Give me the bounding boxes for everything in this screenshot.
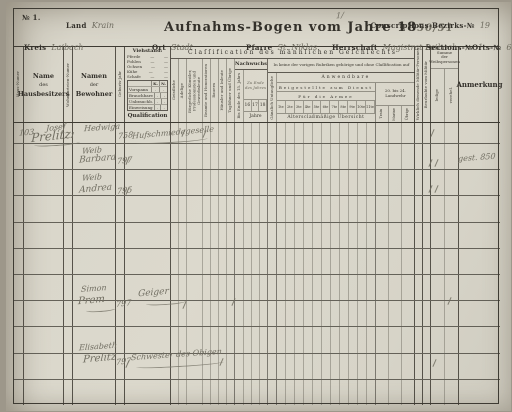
body-cell [227, 196, 235, 221]
body-cell [349, 223, 358, 248]
body-cell [295, 170, 304, 195]
armee-columns: 1te2te3te4te5te6te7te8te9te10te11te [277, 101, 375, 114]
body-cell [211, 144, 219, 169]
body-cell [187, 144, 203, 169]
landwehr-subcolumns: TrainMarineÜbrige [376, 106, 415, 122]
orts-value: 69 [506, 43, 512, 52]
body-cell [244, 223, 252, 248]
armee-col: 10te [357, 101, 366, 113]
body-cell [14, 196, 24, 221]
body-cell [376, 275, 389, 300]
body-cell [431, 144, 445, 169]
body-cell [268, 123, 277, 143]
body-cell [252, 380, 260, 405]
body-cell [116, 196, 125, 221]
body-cell [14, 327, 24, 352]
body-cell [187, 223, 203, 248]
body-cell [203, 249, 211, 274]
body-cell [171, 223, 179, 248]
body-cell [349, 301, 358, 326]
body-cell [431, 123, 445, 143]
body-cell [415, 144, 423, 169]
body-cell [187, 275, 203, 300]
body-cell [171, 196, 179, 221]
body-cell [125, 196, 171, 221]
body-cell [171, 301, 179, 326]
bezirk-value: 19 [480, 21, 490, 30]
body-cell [211, 301, 219, 326]
body-cell [304, 354, 313, 379]
body-cell [423, 249, 431, 274]
body-cell [402, 380, 415, 405]
body-cell [235, 170, 244, 195]
body-cell [260, 354, 268, 379]
geburtsjahr-label: Geburts-Jahr [118, 71, 122, 97]
body-cell [459, 275, 500, 300]
body-cell [268, 327, 277, 352]
classification-left-columns: GeistlicheAdeligeBürgerliche Künstler, P… [171, 59, 235, 122]
body-cell [203, 123, 211, 143]
body-cell [260, 301, 268, 326]
armee-col: 7te [330, 101, 339, 113]
body-cell [260, 327, 268, 352]
body-cell [125, 275, 171, 300]
body-cell [244, 327, 252, 352]
body-cell [268, 223, 277, 248]
body-cell [277, 170, 286, 195]
body-cell [286, 196, 295, 221]
body-cell [227, 354, 235, 379]
body-cell [295, 144, 304, 169]
body-cell [415, 354, 423, 379]
table-row [14, 380, 500, 405]
body-cell [203, 301, 211, 326]
body-cell [402, 327, 415, 352]
body-cell [313, 196, 322, 221]
summe-sub-verehel: verehel. [445, 69, 458, 122]
body-cell [14, 301, 24, 326]
body-cell [203, 354, 211, 379]
body-cell [260, 380, 268, 405]
body-cell [459, 301, 500, 326]
body-cell [423, 301, 431, 326]
body-cell [295, 123, 304, 143]
body-cell [415, 196, 423, 221]
body-cell [64, 144, 73, 169]
body-cell [179, 275, 187, 300]
owner-label-2: des [39, 82, 48, 88]
body-cell [286, 327, 295, 352]
body-cell [277, 327, 286, 352]
land-value: Krain [92, 21, 114, 30]
body-cell [286, 301, 295, 326]
body-cell [64, 275, 73, 300]
body-cell [244, 380, 252, 405]
body-cell [304, 170, 313, 195]
body-cell [389, 249, 402, 274]
body-cell [64, 223, 73, 248]
body-cell [431, 249, 445, 274]
body-cell [295, 327, 304, 352]
bewohner-label-2: der [90, 82, 99, 88]
body-cell [367, 275, 376, 300]
bewohner-label-3: Bewohner [76, 90, 113, 98]
body-cell [389, 196, 402, 221]
landwehr-subcol: Übrige [402, 106, 415, 122]
body-cell [389, 380, 402, 405]
body-cell [252, 354, 260, 379]
body-cell [244, 249, 252, 274]
body-cell [171, 275, 179, 300]
armee-col: 9te [348, 101, 357, 113]
body-cell [14, 249, 24, 274]
class-col-1: Geistliche [171, 59, 179, 122]
body-cell [277, 223, 286, 248]
body-cell [277, 354, 286, 379]
form-number: № 1. [22, 13, 41, 22]
table-row [14, 354, 500, 380]
body-cell [304, 380, 313, 405]
body-cell [171, 144, 179, 169]
body-cell [203, 144, 211, 169]
col-bewohner: Namen der Bewohner [73, 47, 116, 122]
class-col-label: Häusler und Inleute [220, 70, 224, 111]
body-cell [219, 301, 227, 326]
body-cell [203, 275, 211, 300]
body-cell [125, 170, 171, 195]
body-cell [227, 301, 235, 326]
subbox-row: Einweisung.. [128, 105, 167, 110]
class-col-label: Bauern [212, 83, 216, 98]
armee-col: 8te [339, 101, 348, 113]
body-cell [376, 327, 389, 352]
body-cell [227, 380, 235, 405]
body-cell [116, 170, 125, 195]
body-cell [268, 275, 277, 300]
viehstand-rows: Pferde——Fohlen——Ochsen——Kühe——Schafe—— [127, 54, 168, 79]
body-cell [340, 249, 349, 274]
body-cell [459, 144, 500, 169]
body-cell [235, 354, 244, 379]
body-cell [340, 301, 349, 326]
body-cell [331, 196, 340, 221]
body-cell [277, 275, 286, 300]
body-cell [252, 123, 260, 143]
body-cell [340, 123, 349, 143]
body-cell [389, 354, 402, 379]
body-cell [402, 144, 415, 169]
body-cell [459, 380, 500, 405]
body-cell [331, 380, 340, 405]
body-cell [389, 301, 402, 326]
table-row [14, 301, 500, 327]
untaugliche-col: Gänzlich Untaugliche [268, 73, 277, 122]
body-cell [402, 223, 415, 248]
body-cell [415, 327, 423, 352]
body-cell [179, 144, 187, 169]
body-cell [340, 223, 349, 248]
body-cell [415, 249, 423, 274]
body-cell [179, 196, 187, 221]
body-cell [179, 354, 187, 379]
body-cell [260, 249, 268, 274]
body-cell [313, 327, 322, 352]
body-cell [14, 275, 24, 300]
class-col-4: Beamte und Honoratioren [203, 59, 211, 122]
subbox-col1: K. [151, 81, 159, 86]
body-cell [431, 196, 445, 221]
body-cell [244, 144, 252, 169]
body-cell [64, 380, 73, 405]
land-label: Land [66, 21, 87, 30]
body-cell [349, 354, 358, 379]
body-cell [125, 301, 171, 326]
owner-label-3: Hausbesitzers [18, 90, 69, 98]
nachwuchs-years: 161718 [244, 100, 267, 112]
body-cell [431, 223, 445, 248]
body-cell [367, 123, 376, 143]
body-cell [179, 380, 187, 405]
anmerkung-label: Anmerkung [457, 80, 503, 89]
body-cell [73, 327, 116, 352]
nachwuchs-side-label: Bis Ende des 15. Jahrs [237, 73, 241, 119]
body-cell [431, 327, 445, 352]
body-cell [295, 223, 304, 248]
body-cell [260, 170, 268, 195]
body-cell [331, 123, 340, 143]
summe-label-3: Weibspersonen [429, 60, 460, 65]
body-cell [211, 380, 219, 405]
body-cell [313, 123, 322, 143]
body-cell [14, 170, 24, 195]
body-cell [340, 196, 349, 221]
body-cell [179, 327, 187, 352]
body-cell [125, 144, 171, 169]
fuer-armee-label: Für die Armee [277, 92, 375, 101]
body-cell [277, 144, 286, 169]
body-cell [179, 170, 187, 195]
body-cell [73, 354, 116, 379]
armee-col: 1te [277, 101, 286, 113]
body-cell [24, 249, 64, 274]
body-cell [64, 327, 73, 352]
landwehr-subcol-label: Train [380, 109, 384, 118]
body-cell [445, 327, 459, 352]
col-geburtsjahr: Geburts-Jahr [116, 47, 125, 122]
nachwuchs-year: 18 [259, 100, 267, 111]
body-cell [358, 249, 367, 274]
body-cell [116, 380, 125, 405]
table-row [14, 170, 500, 196]
body-cell [340, 380, 349, 405]
table-row [14, 144, 500, 170]
body-cell [171, 123, 179, 143]
body-cell [313, 301, 322, 326]
body-cell [116, 144, 125, 169]
body-cell [367, 144, 376, 169]
landwehr-subcol-label: Übrige [406, 108, 410, 120]
body-cell [445, 275, 459, 300]
anwendbare-label: Anwendbare [277, 73, 415, 83]
body-cell [402, 249, 415, 274]
class-col-7: Taglöhner und Übrige [227, 59, 235, 122]
body-cell [431, 380, 445, 405]
body-cell [227, 223, 235, 248]
body-cell [423, 327, 431, 352]
body-cell [286, 249, 295, 274]
body-cell [244, 275, 252, 300]
body-cell [402, 275, 415, 300]
untaugliche-label: Gänzlich Untaugliche [270, 76, 274, 120]
body-cell [235, 223, 244, 248]
body-cell [116, 301, 125, 326]
body-cell [277, 380, 286, 405]
body-cell [358, 223, 367, 248]
body-cell [125, 223, 171, 248]
class-col-label: Bürgerliche Künstler, Professionisten un… [188, 61, 201, 121]
body-cell [268, 380, 277, 405]
ledige-label: ledige [435, 89, 439, 101]
body-cell [211, 327, 219, 352]
body-cell [227, 144, 235, 169]
body-cell [179, 123, 187, 143]
col-summe-weibspersonen: Summe der Weibspersonen ledige verehel. [431, 47, 459, 122]
body-cell [322, 301, 331, 326]
body-cell [116, 123, 125, 143]
body-cell [64, 123, 73, 143]
body-cell [445, 196, 459, 221]
body-cell [358, 196, 367, 221]
table-row [14, 223, 500, 249]
body-cell [286, 170, 295, 195]
right-band-label: In keine der vorigen Rubriken gehörige u… [268, 59, 415, 73]
body-cell [268, 144, 277, 169]
body-cell [235, 144, 244, 169]
nachwuchs-year: 17 [252, 100, 260, 111]
body-cell [235, 327, 244, 352]
body-cell [171, 170, 179, 195]
body-cell [349, 249, 358, 274]
body-cell [64, 170, 73, 195]
body-cell [304, 327, 313, 352]
body-cell [313, 170, 322, 195]
body-cell [331, 223, 340, 248]
armee-col: 2te [286, 101, 295, 113]
class-col-6: Häusler und Inleute [219, 59, 227, 122]
body-cell [304, 223, 313, 248]
body-cell [331, 170, 340, 195]
body-cell [219, 144, 227, 169]
body-cell [349, 170, 358, 195]
col-hausbesitzer: Name des Hausbesitzers [24, 47, 64, 122]
body-cell [211, 123, 219, 143]
body-cell [322, 275, 331, 300]
table-body [14, 123, 500, 405]
armee-col: 4te [304, 101, 313, 113]
body-cell [431, 301, 445, 326]
body-cell [252, 249, 260, 274]
body-cell [367, 354, 376, 379]
body-cell [349, 123, 358, 143]
body-cell [252, 301, 260, 326]
body-cell [376, 223, 389, 248]
body-cell [431, 170, 445, 195]
body-cell [431, 354, 445, 379]
table-header: Haus-Numer Name des Hausbesitzers Wohnpa… [14, 47, 500, 123]
body-cell [415, 223, 423, 248]
body-cell [415, 170, 423, 195]
body-cell [423, 170, 431, 195]
body-cell [244, 354, 252, 379]
form-border: № 1. Land Krain Aufnahms-Bogen vom Jahre… [13, 8, 499, 404]
nachwuchs-years-label: Jahre [244, 112, 267, 122]
body-cell [187, 301, 203, 326]
body-cell [277, 249, 286, 274]
scanned-paper: № 1. Land Krain Aufnahms-Bogen vom Jahre… [6, 2, 511, 411]
body-cell [340, 275, 349, 300]
body-cell [415, 380, 423, 405]
body-cell [459, 196, 500, 221]
body-cell [340, 354, 349, 379]
body-cell [431, 275, 445, 300]
body-cell [227, 249, 235, 274]
body-cell [367, 380, 376, 405]
body-cell [322, 354, 331, 379]
subbox-col2: N. [159, 81, 167, 86]
body-cell [219, 249, 227, 274]
body-cell [349, 196, 358, 221]
body-cell [187, 249, 203, 274]
body-cell [227, 327, 235, 352]
body-cell [260, 275, 268, 300]
body-cell [252, 196, 260, 221]
body-cell [227, 170, 235, 195]
body-cell [235, 380, 244, 405]
body-cell [376, 380, 389, 405]
body-cell [376, 123, 389, 143]
qualification-label: Qualification [127, 113, 168, 119]
bezirk-label: Conscriptions-Bezirks-№ [371, 21, 475, 30]
body-cell [219, 196, 227, 221]
armee-col: 11te [366, 101, 375, 113]
body-cell [203, 223, 211, 248]
body-cell [376, 170, 389, 195]
body-cell [445, 223, 459, 248]
body-cell [235, 196, 244, 221]
body-cell [459, 123, 500, 143]
body-cell [235, 301, 244, 326]
body-cell [389, 144, 402, 169]
body-cell [277, 123, 286, 143]
body-cell [277, 301, 286, 326]
class-col-2: Adelige [179, 59, 187, 122]
body-cell [64, 196, 73, 221]
body-cell [358, 170, 367, 195]
body-cell [211, 196, 219, 221]
body-cell [277, 196, 286, 221]
body-cell [252, 170, 260, 195]
body-cell [73, 380, 116, 405]
body-cell [227, 275, 235, 300]
body-cell [252, 275, 260, 300]
body-cell [24, 354, 64, 379]
col-anmerkung: Anmerkung [459, 47, 500, 122]
body-cell [389, 327, 402, 352]
body-cell [295, 301, 304, 326]
body-cell [116, 327, 125, 352]
body-cell [322, 170, 331, 195]
body-cell [260, 196, 268, 221]
